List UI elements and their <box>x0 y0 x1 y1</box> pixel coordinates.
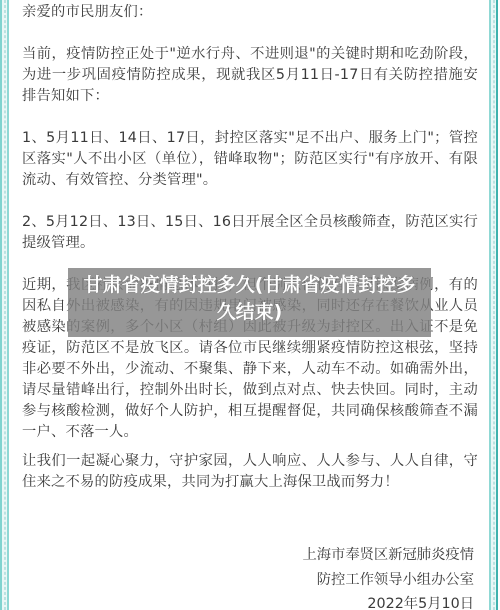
paragraph-closing: 让我们一起凝心聚力，守护家园，人人响应、人人参与、人人自律，守住来之不易的防疫成… <box>22 451 478 493</box>
signature-org-line-2: 防控工作领导小组办公室 <box>302 568 474 593</box>
decorative-border-left <box>0 0 9 610</box>
paragraph-item-2: 2、5月12日、13日、15日、16日开展全区全员核酸筛查，防范区实行提级管理。 <box>22 212 478 254</box>
signature-org-line-1: 上海市奉贤区新冠肺炎疫情 <box>302 543 474 568</box>
signature-date: 2022年5月10日 <box>302 592 474 610</box>
decorative-border-right <box>489 0 498 610</box>
title-overlay-banner: 甘肃省疫情封控多久(甘肃省疫情封控多久结束) <box>68 268 431 337</box>
overlay-title: 甘肃省疫情封控多久(甘肃省疫情封控多久结束) <box>84 274 416 323</box>
paragraph-intro: 当前，疫情防控正处于"逆水行舟、不进则退"的关键时期和吃劲阶段，为进一步巩固疫情… <box>22 44 478 107</box>
signature-block: 上海市奉贤区新冠肺炎疫情 防控工作领导小组办公室 2022年5月10日 <box>302 543 474 610</box>
paragraph-item-1: 1、5月11日、14日、17日，封控区落实"足不出户、服务上门"；管控区落实"人… <box>22 128 478 191</box>
greeting: 亲爱的市民朋友们： <box>22 2 478 23</box>
notice-page: 亲爱的市民朋友们： 当前，疫情防控正处于"逆水行舟、不进则退"的关键时期和吃劲阶… <box>0 0 500 610</box>
